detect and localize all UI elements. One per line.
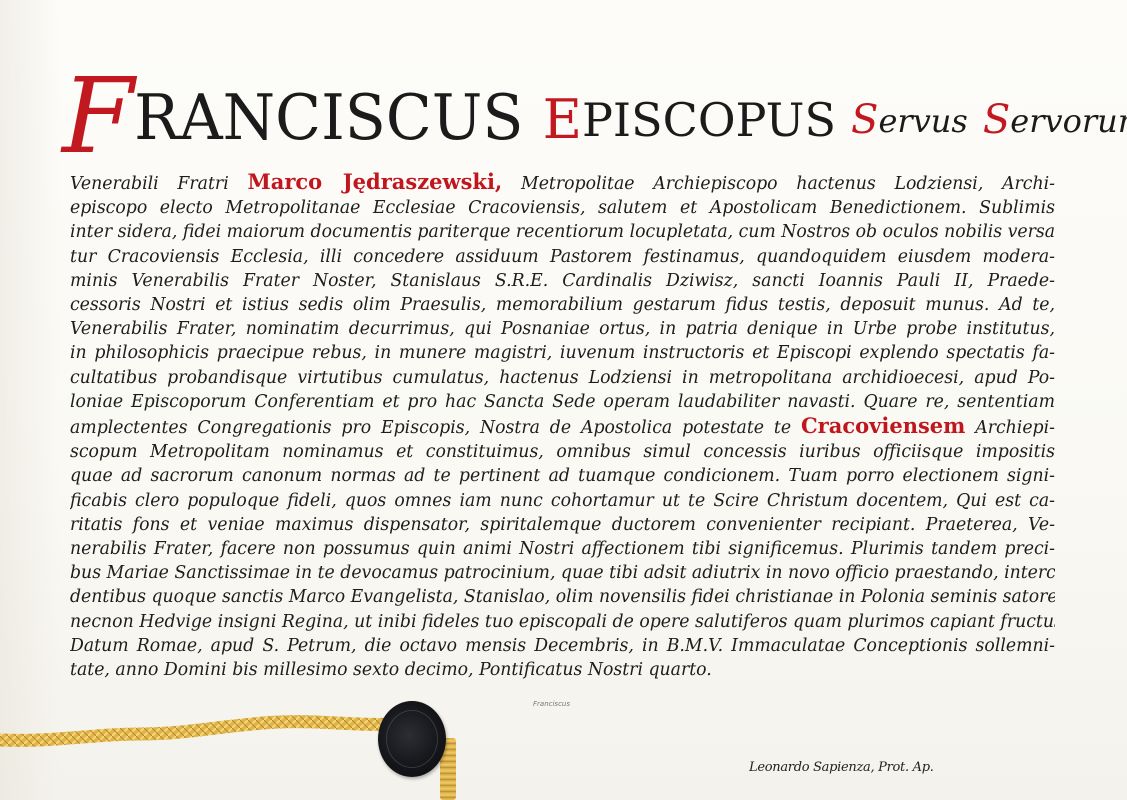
- body-line: in philosophicis praecipue rebus, in mun…: [70, 341, 1055, 365]
- seal-ring: [386, 710, 438, 768]
- gold-cord-icon: [0, 712, 400, 752]
- body-line: dentibus quoque sanctis Marco Evangelist…: [70, 585, 1055, 609]
- body-line: quae ad sacrorum canonum normas ad te pe…: [70, 464, 1055, 488]
- heading-episcopus: PISCOPUS: [582, 80, 836, 160]
- heading-initial-s1: S: [851, 80, 878, 160]
- notary-signature: Leonardo Sapienza, Prot. Ap.: [749, 760, 934, 775]
- heading-servorum: ervorum: [1010, 82, 1127, 160]
- body-line: ritatis fons et veniae maximus dispensat…: [70, 513, 1055, 537]
- body-line: tur Cracoviensis Ecclesia, illi conceder…: [70, 245, 1055, 269]
- body-line: ficabis clero populoque fideli, quos omn…: [70, 489, 1055, 513]
- paper-shadow: [0, 0, 60, 800]
- body-line: episcopo electo Metropolitanae Ecclesiae…: [70, 196, 1055, 220]
- body-line: cultatibus probandisque virtutibus cumul…: [70, 366, 1055, 390]
- heading-initial-s2: S: [983, 80, 1010, 160]
- papal-bull-document: FRANCISCUS EPISCOPUS Servus ServorumDei …: [0, 0, 1127, 800]
- body-line: loniae Episcoporum Conferentiam et pro h…: [70, 390, 1055, 414]
- body-line: minis Venerabilis Frater Noster, Stanisl…: [70, 269, 1055, 293]
- heading-franciscus: RANCISCUS: [134, 76, 523, 160]
- heading-initial-e: E: [543, 80, 582, 160]
- body-line: tate, anno Domini bis millesimo sexto de…: [70, 658, 1055, 682]
- document-heading: FRANCISCUS EPISCOPUS Servus ServorumDei: [62, 60, 1062, 160]
- heading-initial-f: F: [62, 66, 134, 166]
- body-line: cessoris Nostri et istius sedis olim Pra…: [70, 293, 1055, 317]
- document-body: Venerabili Fratri Marco Jędraszewski, Me…: [70, 170, 1060, 682]
- body-line: Venerabili Fratri Marco Jędraszewski, Me…: [70, 170, 1055, 196]
- body-line: necnon Hedvige insigni Regina, ut inibi …: [70, 610, 1055, 634]
- body-line: inter sidera, fidei maiorum documentis p…: [70, 220, 1055, 244]
- body-line: Venerabilis Frater, nominatim decurrimus…: [70, 317, 1055, 341]
- heading-servus: ervus: [878, 82, 967, 160]
- lead-seal-icon: [378, 701, 446, 777]
- body-line: amplectentes Congregationis pro Episcopi…: [70, 414, 1055, 440]
- recipient-name: Marco Jędraszewski,: [247, 170, 502, 194]
- small-annotation: Franciscus: [533, 700, 570, 708]
- body-line: scopum Metropolitam nominamus et constit…: [70, 440, 1055, 464]
- body-line: nerabilis Frater, facere non possumus qu…: [70, 537, 1055, 561]
- body-line: Datum Romae, apud S. Petrum, die octavo …: [70, 634, 1055, 658]
- body-line: bus Mariae Sanctissimae in te devocamus …: [70, 561, 1055, 585]
- see-name: Cracoviensem: [801, 414, 965, 438]
